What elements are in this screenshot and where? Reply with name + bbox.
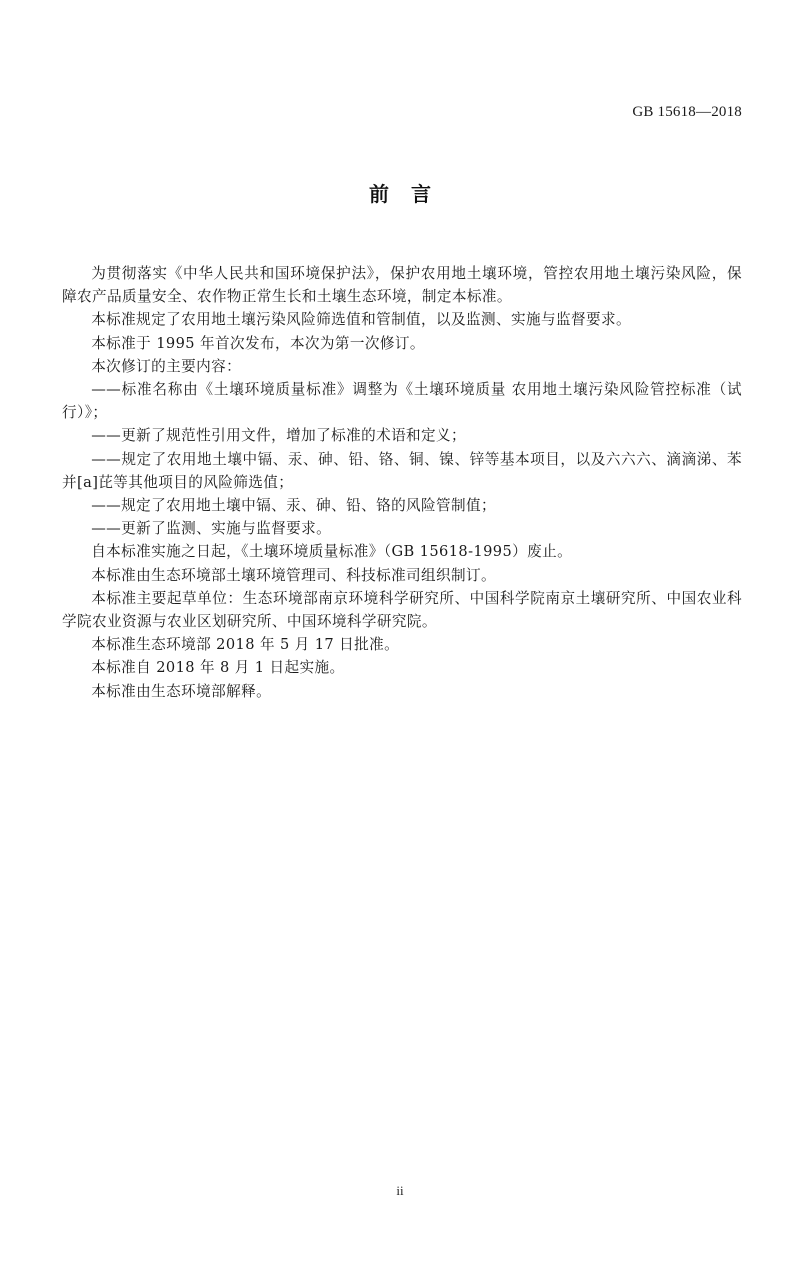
paragraph-organizer: 本标准由生态环境部土壤环境管理司、科技标准司组织制订。 bbox=[62, 564, 742, 587]
paragraph-approval: 本标准生态环境部 2018 年 5 月 17 日批准。 bbox=[62, 633, 742, 656]
revision-item-monitoring: ——更新了监测、实施与监督要求。 bbox=[62, 517, 742, 540]
paragraph-history: 本标准于 1995 年首次发布，本次为第一次修订。 bbox=[62, 332, 742, 355]
paragraph-purpose: 为贯彻落实《中华人民共和国环境保护法》，保护农用地土壤环境，管控农用地土壤污染风… bbox=[62, 262, 742, 308]
page-number: ii bbox=[0, 1183, 800, 1199]
revision-item-screening-values: ——规定了农用地土壤中镉、汞、砷、铅、铬、铜、镍、锌等基本项目，以及六六六、滴滴… bbox=[62, 448, 742, 494]
revision-item-name-change: ——标准名称由《土壤环境质量标准》调整为《土壤环境质量 农用地土壤污染风险管控标… bbox=[62, 378, 742, 424]
revision-item-intervention-values: ——规定了农用地土壤中镉、汞、砷、铅、铬的风险管制值； bbox=[62, 494, 742, 517]
page-title: 前言 bbox=[0, 178, 800, 207]
paragraph-effective-date: 本标准自 2018 年 8 月 1 日起实施。 bbox=[62, 656, 742, 679]
paragraph-drafting-units: 本标准主要起草单位：生态环境部南京环境科学研究所、中国科学院南京土壤研究所、中国… bbox=[62, 587, 742, 633]
paragraph-scope: 本标准规定了农用地土壤污染风险筛选值和管制值，以及监测、实施与监督要求。 bbox=[62, 308, 742, 331]
paragraph-supersedes: 自本标准实施之日起，《土壤环境质量标准》（GB 15618-1995）废止。 bbox=[62, 540, 742, 563]
paragraph-revision-intro: 本次修订的主要内容： bbox=[62, 355, 742, 378]
preface-body: 为贯彻落实《中华人民共和国环境保护法》，保护农用地土壤环境，管控农用地土壤污染风… bbox=[62, 262, 742, 703]
standard-code: GB 15618—2018 bbox=[632, 104, 742, 121]
paragraph-interpretation: 本标准由生态环境部解释。 bbox=[62, 680, 742, 703]
revision-item-references: ——更新了规范性引用文件，增加了标准的术语和定义； bbox=[62, 424, 742, 447]
